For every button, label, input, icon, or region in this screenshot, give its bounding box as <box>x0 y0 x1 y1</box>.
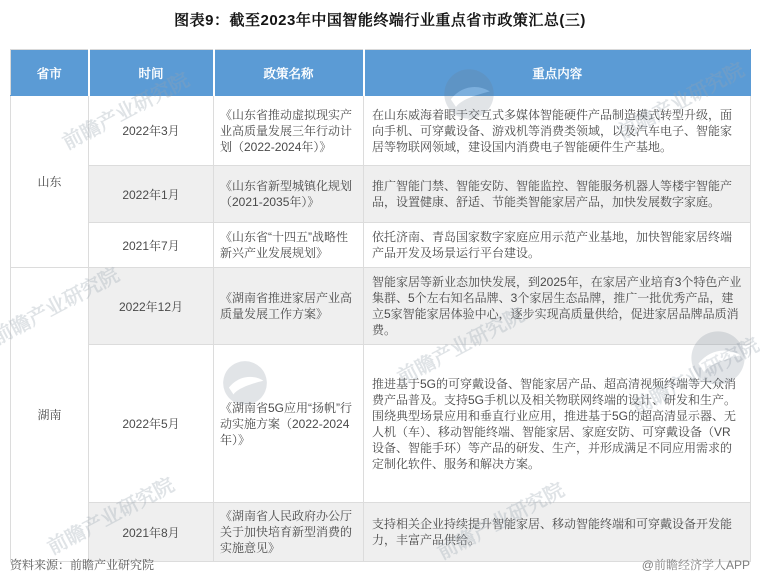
policy-cell: 《湖南省推进家居产业高质量发展工作方案》 <box>214 268 364 345</box>
col-header-date: 时间 <box>89 50 214 96</box>
policy-cell: 《山东省推动虚拟现实产业高质量发展三年行动计划（2022-2024年）》 <box>214 96 364 166</box>
table-header-row: 省市 时间 政策名称 重点内容 <box>11 50 751 96</box>
date-cell: 2021年8月 <box>89 503 214 562</box>
province-cell-hunan: 湖南 <box>11 268 89 562</box>
content-cell: 推进基于5G的可穿戴设备、智能家居产品、超高清视频终端等大众消费产品普及。支持5… <box>364 345 751 503</box>
figure-title: 图表9：截至2023年中国智能终端行业重点省市政策汇总(三) <box>0 9 760 30</box>
policy-cell: 《山东省“十四五”战略性新兴产业发展规划》 <box>214 223 364 268</box>
policy-cell: 《山东省新型城镇化规划（2021-2035年）》 <box>214 166 364 223</box>
date-cell: 2022年1月 <box>89 166 214 223</box>
table-row: 2022年1月 《山东省新型城镇化规划（2021-2035年）》 推广智能门禁、… <box>11 166 751 223</box>
policy-table: 省市 时间 政策名称 重点内容 山东 2022年3月 《山东省推动虚拟现实产业高… <box>10 49 751 562</box>
content-cell: 推广智能门禁、智能安防、智能监控、智能服务机器人等楼宇智能产品，设置健康、舒适、… <box>364 166 751 223</box>
table-row: 山东 2022年3月 《山东省推动虚拟现实产业高质量发展三年行动计划（2022-… <box>11 96 751 166</box>
date-cell: 2022年3月 <box>89 96 214 166</box>
table-row: 2021年7月 《山东省“十四五”战略性新兴产业发展规划》 依托济南、青岛国家数… <box>11 223 751 268</box>
figure-page: 图表9：截至2023年中国智能终端行业重点省市政策汇总(三) 省市 时间 政策名… <box>0 0 760 587</box>
content-cell: 在山东威海着眼于交互式多媒体智能硬件产品制造模式转型升级，面向手机、可穿戴设备、… <box>364 96 751 166</box>
table-row: 湖南 2022年12月 《湖南省推进家居产业高质量发展工作方案》 智能家居等新业… <box>11 268 751 345</box>
policy-cell: 《湖南省人民政府办公厅关于加快培育新型消费的实施意见》 <box>214 503 364 562</box>
content-cell: 智能家居等新业态加快发展，到2025年，在家居产业培育3个特色产业集群、5个左右… <box>364 268 751 345</box>
content-cell: 支持相关企业持续提升智能家居、移动智能终端和可穿戴设备开发能力，丰富产品供给。 <box>364 503 751 562</box>
col-header-province: 省市 <box>11 50 89 96</box>
table-row: 2022年5月 《湖南省5G应用“扬帆”行动实施方案（2022-2024年）》 … <box>11 345 751 503</box>
col-header-content: 重点内容 <box>364 50 751 96</box>
credit-note: @前瞻经济学人APP <box>642 556 750 573</box>
date-cell: 2022年12月 <box>89 268 214 345</box>
footer: 资料来源：前瞻产业研究院 @前瞻经济学人APP <box>10 556 750 573</box>
date-cell: 2022年5月 <box>89 345 214 503</box>
col-header-policy: 政策名称 <box>214 50 364 96</box>
date-cell: 2021年7月 <box>89 223 214 268</box>
table-row: 2021年8月 《湖南省人民政府办公厅关于加快培育新型消费的实施意见》 支持相关… <box>11 503 751 562</box>
content-cell: 依托济南、青岛国家数字家庭应用示范产业基地，加快智能家居终端产品开发及场景运行平… <box>364 223 751 268</box>
province-cell-shandong: 山东 <box>11 96 89 268</box>
policy-cell: 《湖南省5G应用“扬帆”行动实施方案（2022-2024年）》 <box>214 345 364 503</box>
source-note: 资料来源：前瞻产业研究院 <box>10 556 154 573</box>
